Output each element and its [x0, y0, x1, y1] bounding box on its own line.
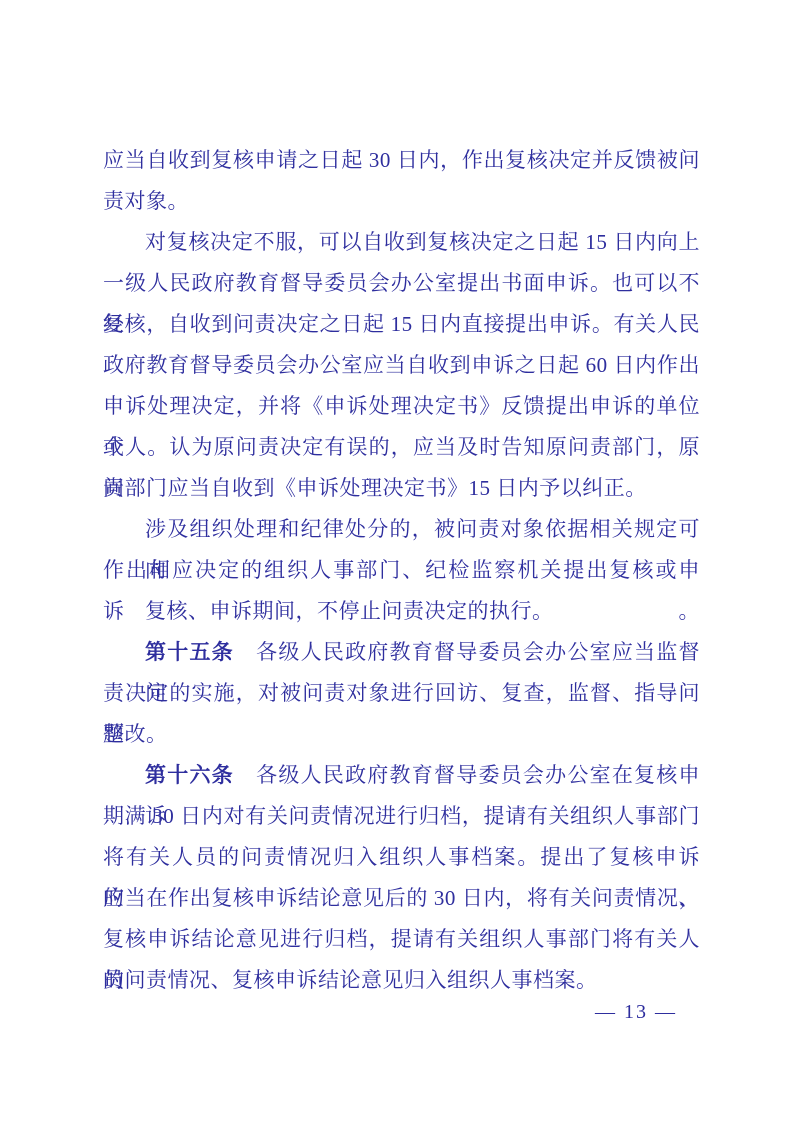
- text-line: 责对象。: [103, 181, 700, 222]
- text-segment: 复核，自收到问责决定之日起 15 日内直接提出申诉。有关人民: [103, 312, 700, 336]
- document-page: 应当自收到复核申请之日起 30 日内，作出复核决定并反馈被问责对象。对复核决定不…: [0, 0, 793, 1122]
- text-segment: 责对象。: [103, 189, 189, 213]
- text-segment: 的问责情况、复核申诉结论意见归入组织人事档案。: [103, 968, 598, 992]
- document-body: 应当自收到复核申请之日起 30 日内，作出复核决定并反馈被问责对象。对复核决定不…: [103, 140, 700, 1001]
- text-line: 第十五条 各级人民政府教育督导委员会办公室应当监督问: [103, 632, 700, 673]
- text-segment: 责部门应当自收到《申诉处理决定书》15 日内予以纠正。: [103, 476, 647, 500]
- text-line: 一级人民政府教育督导委员会办公室提出书面申诉。也可以不经: [103, 263, 700, 304]
- text-line: 个人。认为原问责决定有误的，应当及时告知原问责部门，原问: [103, 427, 700, 468]
- text-line: 应当在作出复核申诉结论意见后的 30 日内，将有关问责情况、: [103, 878, 700, 919]
- text-line: 第十六条 各级人民政府教育督导委员会办公室在复核申诉: [103, 755, 700, 796]
- text-line: 涉及组织处理和纪律处分的，被问责对象依据相关规定可向: [103, 509, 700, 550]
- text-segment: 应当自收到复核申请之日起 30 日内，作出复核决定并反馈被问: [103, 148, 700, 172]
- article-number: 第十五条: [145, 640, 234, 664]
- text-line: 复核申诉结论意见进行归档，提请有关组织人事部门将有关人员: [103, 919, 700, 960]
- text-segment: 政府教育督导委员会办公室应当自收到申诉之日起 60 日内作出: [103, 353, 700, 377]
- article-number: 第十六条: [145, 763, 234, 787]
- text-line: 整改。: [103, 714, 700, 755]
- page-number: — 13 —: [595, 998, 677, 1026]
- text-line: 政府教育督导委员会办公室应当自收到申诉之日起 60 日内作出: [103, 345, 700, 386]
- text-line: 作出相应决定的组织人事部门、纪检监察机关提出复核或申诉。: [103, 550, 700, 591]
- text-segment: 复核、申诉期间，不停止问责决定的执行。: [145, 599, 554, 623]
- text-line: 对复核决定不服，可以自收到复核决定之日起 15 日内向上: [103, 222, 700, 263]
- text-line: 期满 30 日内对有关问责情况进行归档，提请有关组织人事部门: [103, 796, 700, 837]
- text-segment: 对复核决定不服，可以自收到复核决定之日起 15 日内向上: [145, 230, 700, 254]
- text-line: 复核，自收到问责决定之日起 15 日内直接提出申诉。有关人民: [103, 304, 700, 345]
- text-line: 应当自收到复核申请之日起 30 日内，作出复核决定并反馈被问: [103, 140, 700, 181]
- text-line: 的问责情况、复核申诉结论意见归入组织人事档案。: [103, 960, 700, 1001]
- text-line: 责部门应当自收到《申诉处理决定书》15 日内予以纠正。: [103, 468, 700, 509]
- text-line: 申诉处理决定，并将《申诉处理决定书》反馈提出申诉的单位或: [103, 386, 700, 427]
- text-segment: 期满 30 日内对有关问责情况进行归档，提请有关组织人事部门: [103, 804, 700, 828]
- text-line: 将有关人员的问责情况归入组织人事档案。提出了复核申诉的，: [103, 837, 700, 878]
- text-line: 责决定的实施，对被问责对象进行回访、复查，监督、指导问题: [103, 673, 700, 714]
- text-segment: 应当在作出复核申诉结论意见后的 30 日内，将有关问责情况、: [103, 886, 700, 910]
- text-segment: 整改。: [103, 722, 168, 746]
